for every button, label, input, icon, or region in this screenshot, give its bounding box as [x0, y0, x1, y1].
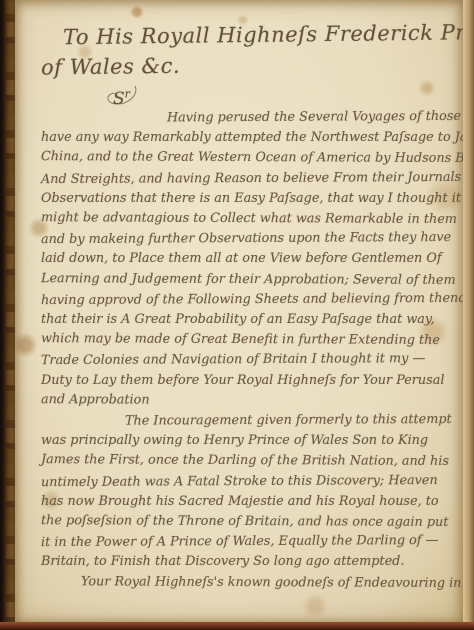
manuscript-content: To His Royall Highneſs Frederick Prince …	[15, 0, 463, 622]
manuscript-line: laid down, to Place them all at one View…	[41, 249, 451, 269]
manuscript-line: Having perused the Several Voyages of th…	[41, 107, 451, 129]
manuscript-line: has now Brought his Sacred Majestie and …	[41, 492, 451, 512]
flourish-swash	[101, 85, 143, 107]
manuscript-line: the poſseſsion of the Throne of Britain,…	[41, 511, 451, 533]
page-edge-right	[463, 0, 474, 622]
manuscript-line: Britain, to Finish that Discovery So lon…	[41, 552, 451, 572]
manuscript-line: The Incouragement given formerly to this…	[41, 410, 451, 432]
page-gutter-edge	[6, 0, 15, 630]
manuscript-line: Learning and Judgement for their Approba…	[41, 269, 451, 291]
manuscript-line: might be advantagious to Collect what wa…	[41, 208, 451, 230]
manuscript-line: have any way Remarkably attempted the No…	[41, 128, 451, 148]
manuscript-line: and by makeing further Observations upon…	[41, 228, 451, 250]
dedication-title-line2: of Wales &c.	[41, 47, 451, 82]
salutation: Sr	[113, 82, 451, 106]
manuscript-line: Duty to Lay them before Your Royal Highn…	[41, 371, 451, 391]
manuscript-line: having approvd of the Following Sheets a…	[41, 289, 451, 311]
page-edge-bottom	[0, 622, 474, 630]
manuscript-line: Observations that there is an Easy Paſsa…	[41, 189, 451, 209]
manuscript-line: untimely Death was A Fatal Stroke to thi…	[41, 471, 451, 493]
manuscript-line: And Streights, and having Reason to beli…	[41, 168, 451, 190]
manuscript-page: To His Royall Highneſs Frederick Prince …	[15, 0, 463, 622]
manuscript-line: it in the Power of A Prince of Wales, Eq…	[41, 531, 451, 553]
manuscript-line: China, and to the Great Western Ocean of…	[41, 148, 451, 170]
manuscript-line: Your Royal Highneſs's known goodneſs of …	[41, 572, 451, 594]
manuscript-line: Trade Colonies and Navigation of Britain…	[41, 349, 451, 371]
manuscript-scan: To His Royall Highneſs Frederick Prince …	[0, 0, 474, 630]
manuscript-line: was principally owing to Henry Prince of…	[41, 431, 451, 451]
manuscript-line: that their is A Great Probability of an …	[41, 310, 451, 330]
manuscript-body: Having perused the Several Voyages of th…	[41, 108, 451, 593]
manuscript-line: which may be made of Great Benefit in fu…	[41, 329, 451, 351]
manuscript-line: James the First, once the Darling of the…	[41, 451, 451, 473]
manuscript-line: and Approbation	[41, 390, 451, 412]
